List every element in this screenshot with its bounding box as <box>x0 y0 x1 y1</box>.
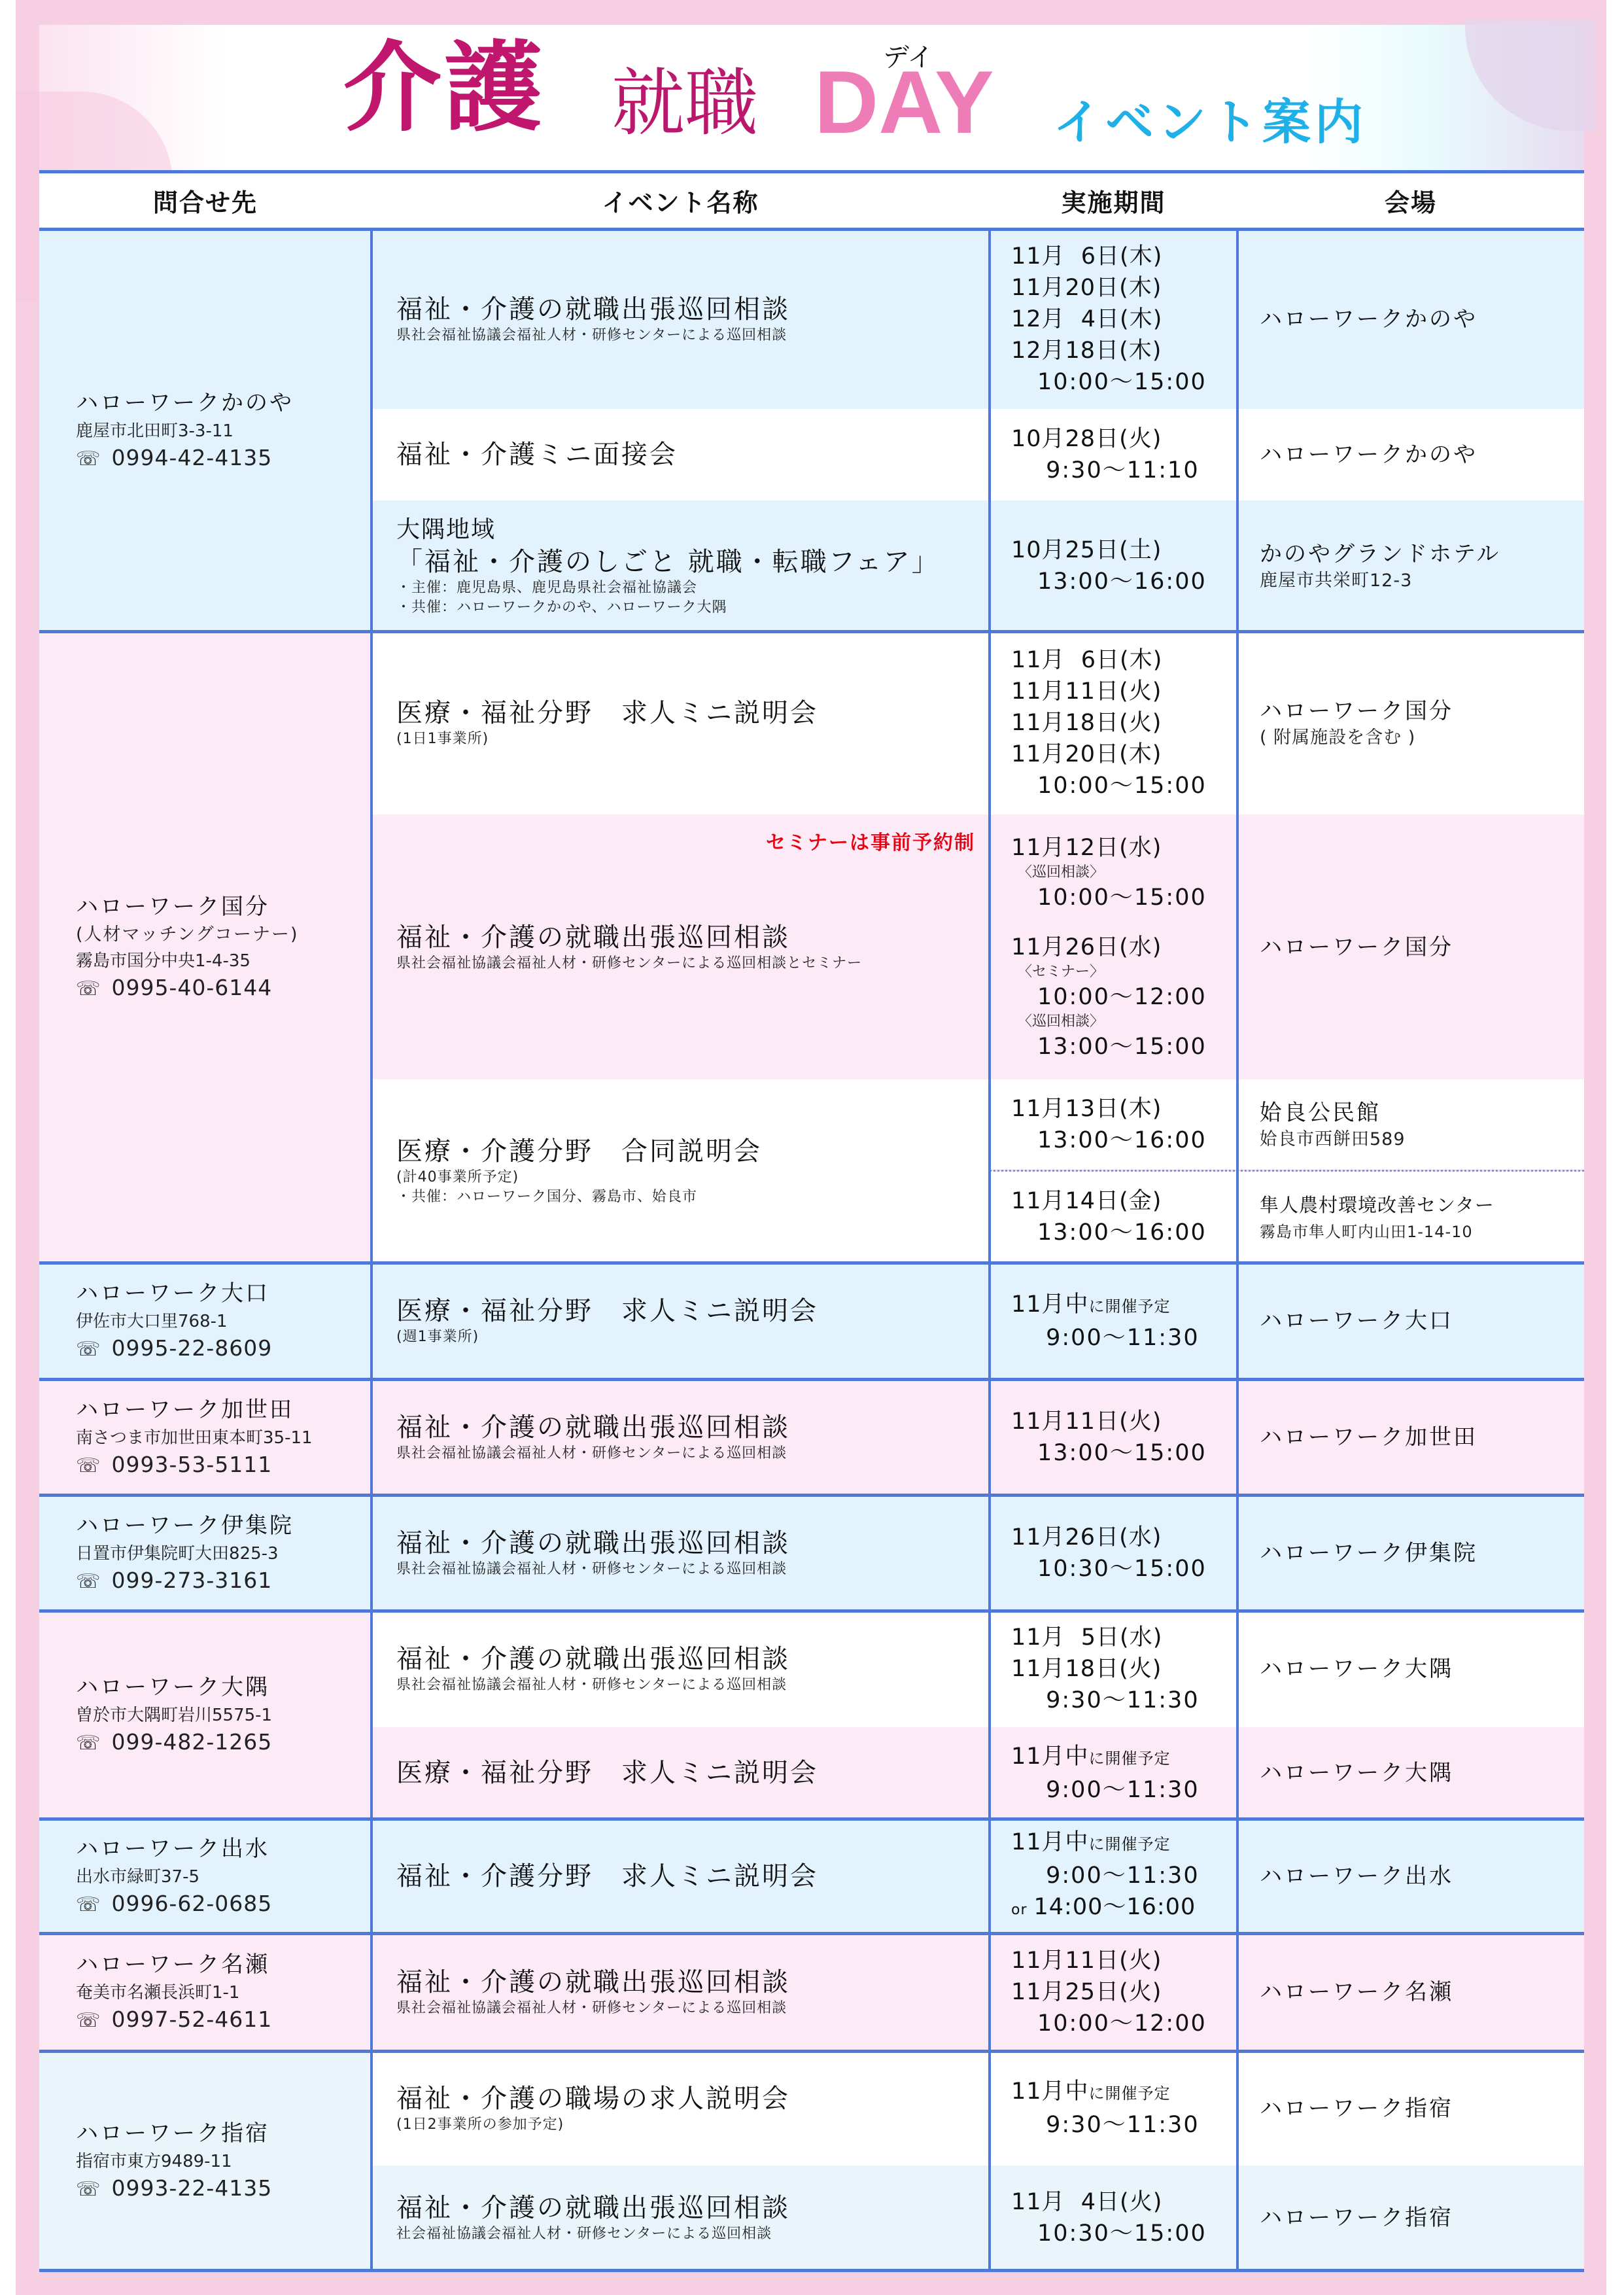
reservation-notice: セミナーは事前予約制 <box>766 826 975 855</box>
session-divider <box>990 1170 1584 1172</box>
venue-cell: ハローワーク国分 <box>1237 815 1584 1079</box>
table-rule <box>39 1817 1584 1821</box>
telephone-icon: ☏ <box>76 1570 101 1593</box>
venue-cell: ハローワーク出水 <box>1237 1819 1584 1933</box>
period-cell: 10月28日(火) 9:30～11:10 <box>990 409 1237 500</box>
event-title: 「福祉・介護のしごと 就職・転職フェア」 <box>396 546 990 578</box>
telephone-icon: ☏ <box>76 1732 101 1755</box>
contact-naze: ハローワーク名瀬 奄美市名瀬長浜町1-1 ☏0997-52-4611 <box>39 1933 371 2051</box>
period-cell: 11月26日(水) 10:30～15:00 <box>990 1495 1237 1611</box>
period-cell: 11月中に開催予定 9:00～11:30 <box>990 1263 1237 1379</box>
event-title: 医療・介護分野 合同説明会 <box>396 1135 990 1168</box>
event-title: 医療・福祉分野 求人ミニ説明会 <box>396 697 990 729</box>
event-title: 福祉・介護の就職出張巡回相談 <box>396 921 990 954</box>
period-cell: 11月 5日(水) 11月18日(火) 9:30～11:30 <box>990 1611 1237 1727</box>
period-cell: 11月11日(火) 11月25日(火) 10:00～12:00 <box>990 1933 1237 2051</box>
header-venue: 会場 <box>1237 171 1584 229</box>
column-rule <box>988 229 991 2270</box>
venue-cell: ハローワーク国分 ( 附属施設を含む ) <box>1237 631 1584 815</box>
venue-cell: ハローワークかのや <box>1237 229 1584 409</box>
telephone-icon: ☏ <box>76 1454 101 1477</box>
telephone-icon: ☏ <box>76 447 101 470</box>
event-table: 問合せ先 イベント名称 実施期間 会場 ハローワークかのや 鹿屋市北田町3-3-… <box>39 171 1584 2271</box>
contact-kanoya: ハローワークかのや 鹿屋市北田町3-3-11 ☏0994-42-4135 <box>39 229 371 631</box>
event-cell: 福祉・介護の就職出張巡回相談 県社会福祉協議会福祉人材・研修センターによる巡回相… <box>371 229 990 409</box>
header-contact: 問合せ先 <box>39 171 371 229</box>
table-rule <box>39 228 1584 231</box>
telephone-icon: ☏ <box>76 977 101 1000</box>
column-rule <box>1236 229 1239 2270</box>
office-address: 霧島市国分中央1-4-35 <box>76 948 371 974</box>
table-rule <box>39 2050 1584 2053</box>
event-title: 福祉・介護ミニ面接会 <box>396 438 990 471</box>
telephone-icon: ☏ <box>76 1893 101 1916</box>
telephone-icon: ☏ <box>76 1338 101 1361</box>
office-subname: (人材マッチングコーナー) <box>76 922 371 948</box>
event-title: 福祉・介護の就職出張巡回相談 <box>396 293 990 326</box>
title-shushoku: 就職 <box>612 67 758 140</box>
venue-cell: ハローワーク指宿 <box>1237 2051 1584 2165</box>
venue-cell: ハローワーク伊集院 <box>1237 1495 1584 1611</box>
period-cell: 11月 6日(木) 11月11日(火) 11月18日(火) 11月20日(木) … <box>990 631 1237 815</box>
period-cell: 11月12日(水) 〈巡回相談〉 10:00～15:00 11月26日(水) 〈… <box>990 815 1237 1079</box>
title-day: DAY <box>814 58 994 147</box>
period-cell: 11月中に開催予定 9:00～11:30 <box>990 1727 1237 1819</box>
telephone-icon: ☏ <box>76 2178 101 2201</box>
event-cell: 医療・福祉分野 求人ミニ説明会 (1日1事業所) <box>371 631 990 815</box>
event-cell: 医療・介護分野 合同説明会 (計40事業所予定) ・共催：ハローワーク国分、霧島… <box>371 1079 990 1263</box>
event-cell: 医療・福祉分野 求人ミニ説明会 <box>371 1727 990 1819</box>
venue-cell: かのやグランドホテル 鹿屋市共栄町12-3 <box>1237 500 1584 631</box>
event-cell: 福祉・介護分野 求人ミニ説明会 <box>371 1819 990 1933</box>
contact-ijuin: ハローワーク伊集院 日置市伊集院町大田825-3 ☏099-273-3161 <box>39 1495 371 1611</box>
venue-cell: ハローワークかのや <box>1237 409 1584 500</box>
venue-cell: ハローワーク大隅 <box>1237 1727 1584 1819</box>
venue-cell: 姶良公民館 姶良市西餅田589 <box>1237 1079 1584 1170</box>
period-cell: 11月13日(木) 13:00～16:00 <box>990 1079 1237 1170</box>
event-cell: セミナーは事前予約制 福祉・介護の就職出張巡回相談 県社会福祉協議会福祉人材・研… <box>371 815 990 1079</box>
contact-kokubu: ハローワーク国分 (人材マッチングコーナー) 霧島市国分中央1-4-35 ☏09… <box>39 631 371 1263</box>
event-cell: 医療・福祉分野 求人ミニ説明会 (週1事業所) <box>371 1263 990 1379</box>
table-rule <box>39 1494 1584 1497</box>
office-tel: ☏0994-42-4135 <box>76 444 371 473</box>
event-cell: 福祉・介護の就職出張巡回相談 社会福祉協議会福祉人材・研修センターによる巡回相談 <box>371 2165 990 2270</box>
period-cell: 11月中に開催予定 9:00～11:30 or14:00～16:00 <box>990 1819 1237 1933</box>
venue-cell: 隼人農村環境改善センター 霧島市隼人町内山田1-14-10 <box>1237 1171 1584 1263</box>
period-cell: 11月中に開催予定 9:30～11:30 <box>990 2051 1237 2165</box>
event-note: 県社会福祉協議会福祉人材・研修センターによる巡回相談 <box>396 326 990 345</box>
table-rule <box>39 630 1584 633</box>
event-region: 大隅地域 <box>396 514 990 546</box>
event-cell: 大隅地域 「福祉・介護のしごと 就職・転職フェア」 ・主催：鹿児島県、鹿児島県社… <box>371 500 990 631</box>
table-rule <box>39 170 1584 173</box>
title-event-guide: イベント案内 <box>1053 98 1367 147</box>
column-rule <box>370 229 373 2270</box>
header-event: イベント名称 <box>371 171 990 229</box>
event-cell: 福祉・介護の職場の求人説明会 (1日2事業所の参加予定) <box>371 2051 990 2165</box>
contact-kaseda: ハローワーク加世田 南さつま市加世田東本町35-11 ☏0993-53-5111 <box>39 1379 371 1495</box>
event-cell: 福祉・介護の就職出張巡回相談 県社会福祉協議会福祉人材・研修センターによる巡回相… <box>371 1495 990 1611</box>
venue-cell: ハローワーク指宿 <box>1237 2165 1584 2270</box>
table-rule <box>39 1609 1584 1613</box>
contact-ibusuki: ハローワーク指宿 指宿市東方9489-11 ☏0993-22-4135 <box>39 2051 371 2270</box>
table-rule <box>39 1261 1584 1265</box>
venue-cell: ハローワーク名瀬 <box>1237 1933 1584 2051</box>
period-cell: 11月14日(金) 13:00～16:00 <box>990 1171 1237 1263</box>
page-title: 介護 就職 デイ DAY イベント案内 <box>0 26 1624 164</box>
event-cell: 福祉・介護の就職出張巡回相談 県社会福祉協議会福祉人材・研修センターによる巡回相… <box>371 1611 990 1727</box>
contact-osumi: ハローワーク大隅 曽於市大隅町岩川5575-1 ☏099-482-1265 <box>39 1611 371 1819</box>
table-rule <box>39 2269 1584 2272</box>
venue-cell: ハローワーク大隅 <box>1237 1611 1584 1727</box>
event-cell: 福祉・介護ミニ面接会 <box>371 409 990 500</box>
title-kaigo: 介護 <box>343 39 545 137</box>
period-cell: 11月 6日(木) 11月20日(木) 12月 4日(木) 12月18日(木) … <box>990 229 1237 409</box>
contact-okuchi: ハローワーク大口 伊佐市大口里768-1 ☏0995-22-8609 <box>39 1263 371 1379</box>
office-name: ハローワークかのや <box>76 388 371 418</box>
office-address: 鹿屋市北田町3-3-11 <box>76 418 371 444</box>
event-cell: 福祉・介護の就職出張巡回相談 県社会福祉協議会福祉人材・研修センターによる巡回相… <box>371 1379 990 1495</box>
event-cell: 福祉・介護の就職出張巡回相談 県社会福祉協議会福祉人材・研修センターによる巡回相… <box>371 1933 990 2051</box>
venue-cell: ハローワーク加世田 <box>1237 1379 1584 1495</box>
period-cell: 11月 4日(火) 10:30～15:00 <box>990 2165 1237 2270</box>
table-rule <box>39 1378 1584 1381</box>
telephone-icon: ☏ <box>76 2009 101 2032</box>
table-rule <box>39 1932 1584 1935</box>
period-cell: 11月11日(火) 13:00～15:00 <box>990 1379 1237 1495</box>
venue-cell: ハローワーク大口 <box>1237 1263 1584 1379</box>
header-period: 実施期間 <box>990 171 1237 229</box>
period-cell: 10月25日(土) 13:00～16:00 <box>990 500 1237 631</box>
office-tel: ☏0995-40-6144 <box>76 974 371 1003</box>
contact-izumi: ハローワーク出水 出水市緑町37-5 ☏0996-62-0685 <box>39 1819 371 1933</box>
office-name: ハローワーク国分 <box>76 892 371 922</box>
